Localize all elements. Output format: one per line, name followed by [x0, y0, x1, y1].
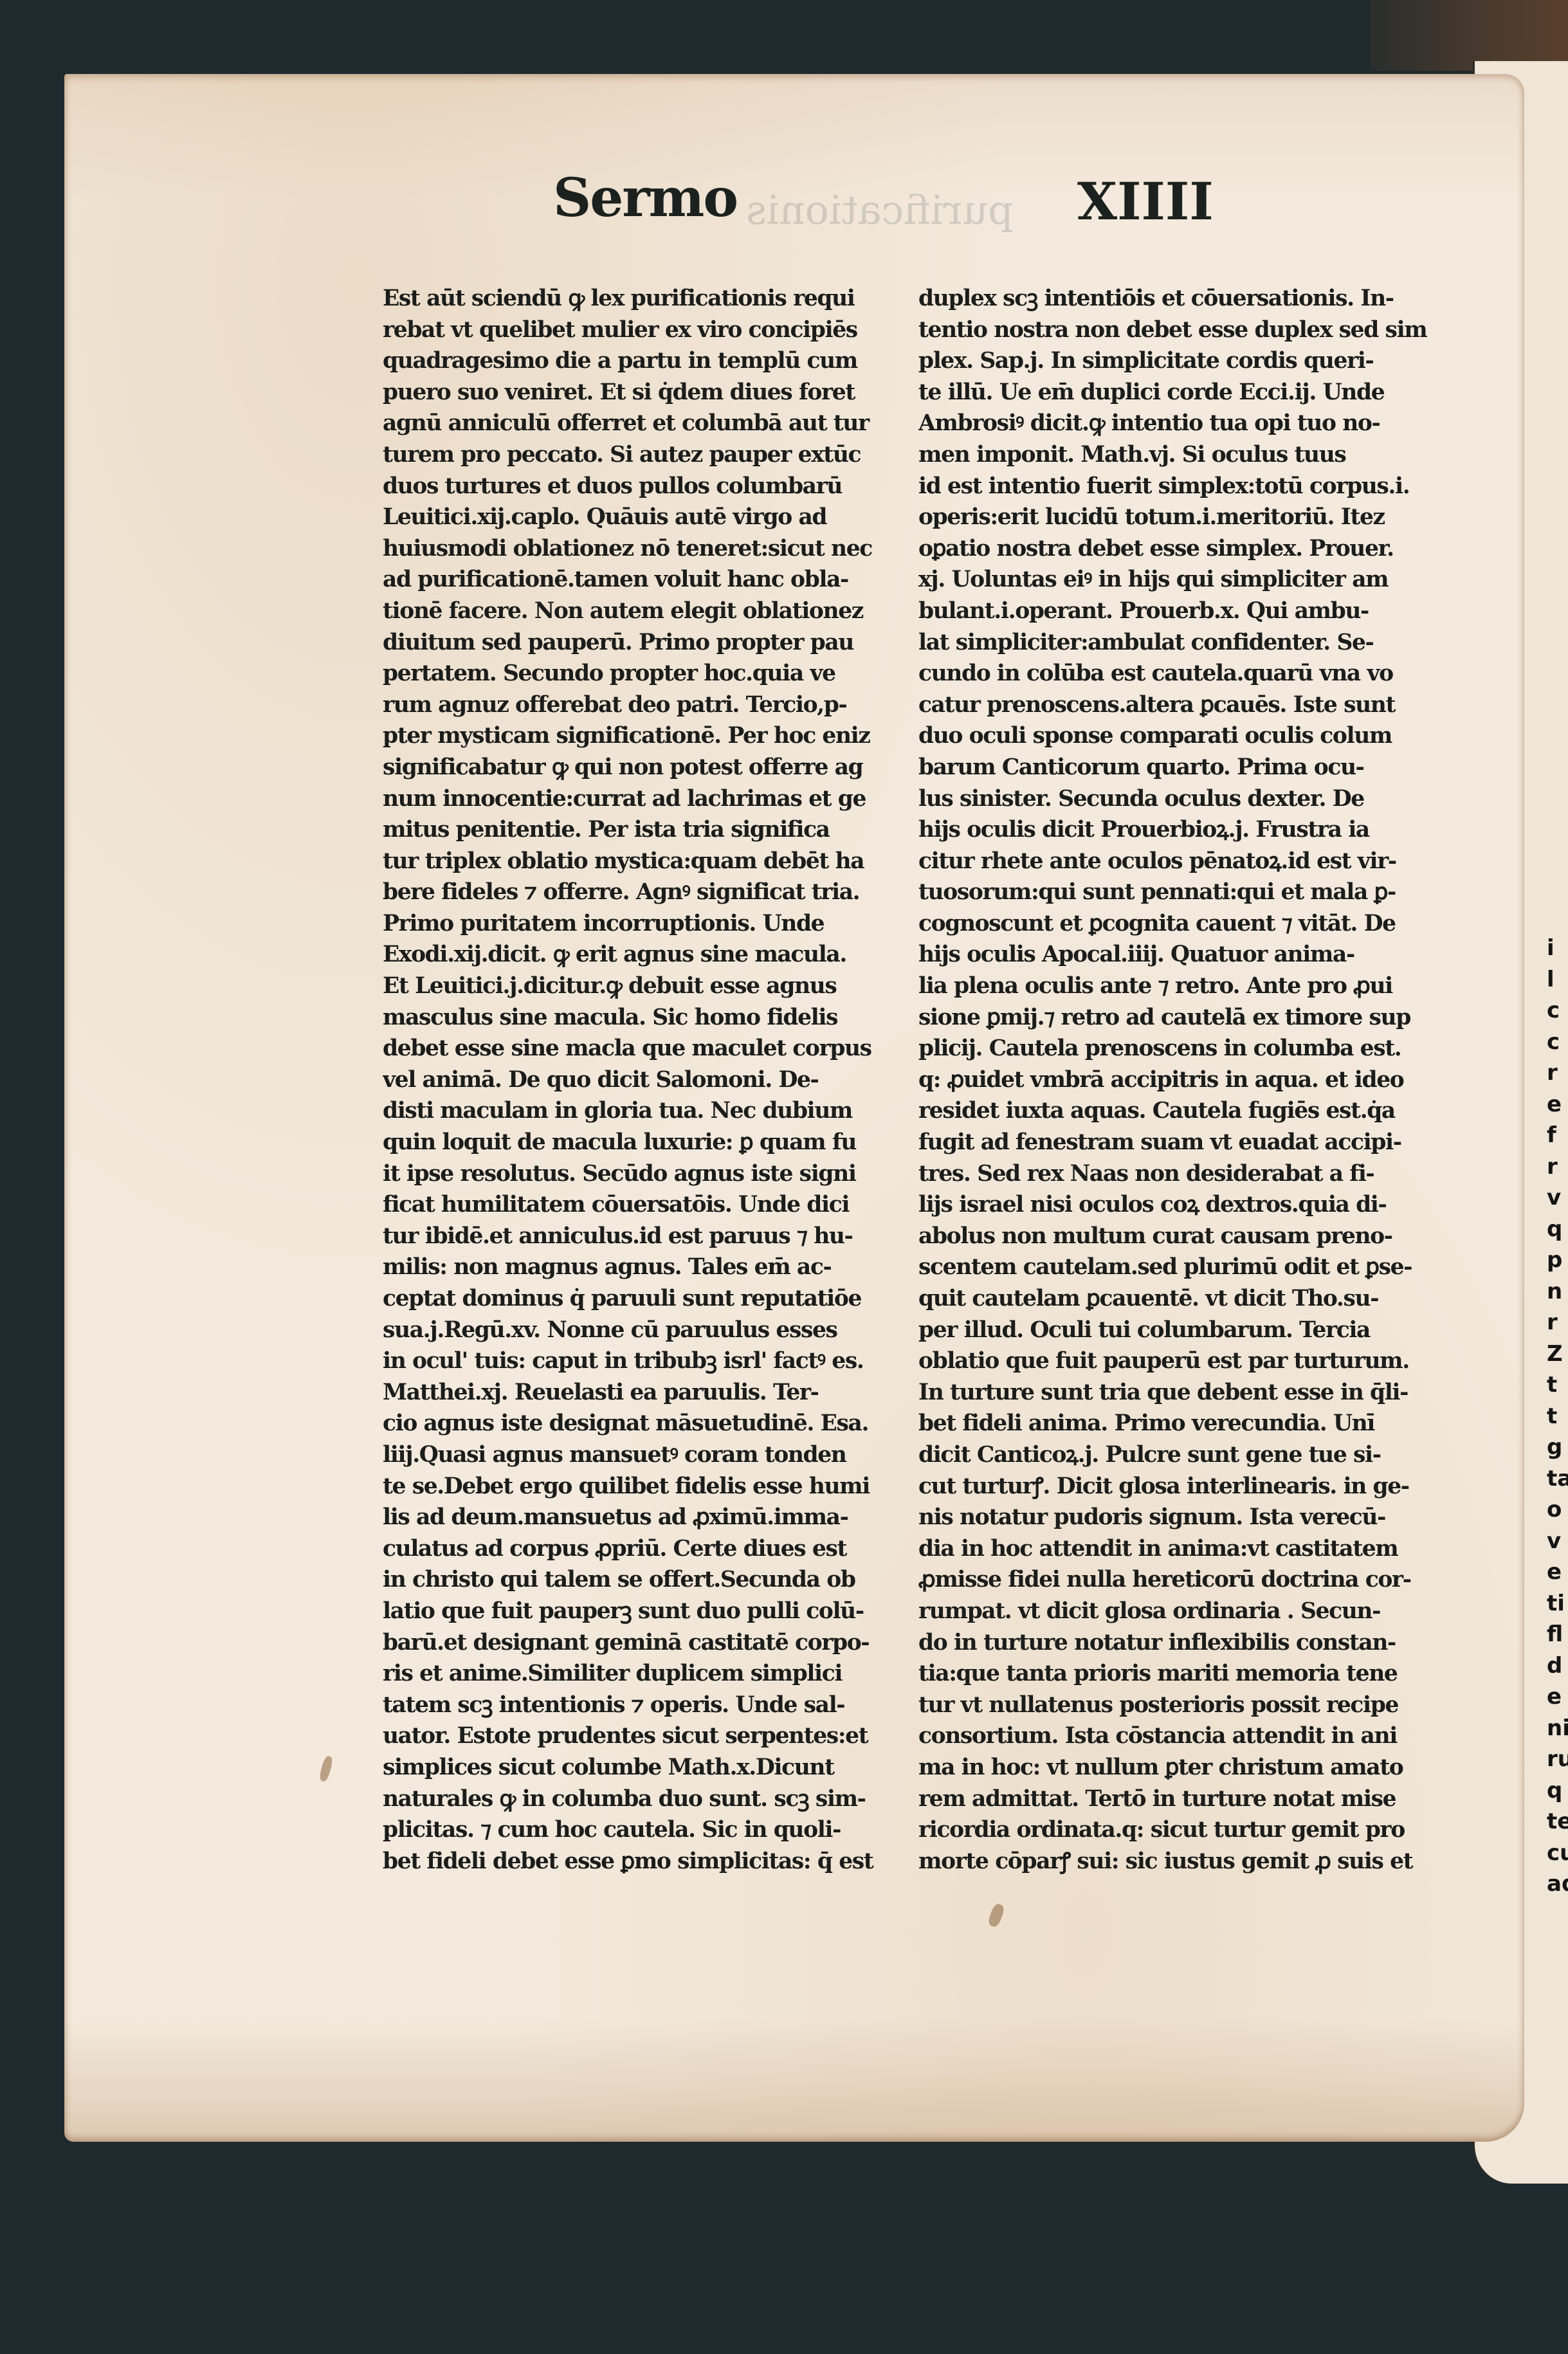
- folio-number: XIIII: [1077, 171, 1214, 232]
- text-line: in ocul' tuis: caput in tribubꝫ isrl' fa…: [383, 1346, 897, 1377]
- text-line: lat simpliciter:ambulat confidenter. Se-: [918, 627, 1433, 659]
- text-line: latio que fuit pauperꝫ sunt duo pulli co…: [383, 1596, 897, 1627]
- text-line: In turture sunt tria que debent esse in …: [918, 1377, 1433, 1409]
- text-line: tentio nostra non debet esse duplex sed …: [918, 315, 1433, 346]
- adjacent-letter: cu: [1547, 1838, 1568, 1869]
- text-line: debet esse sine macla que maculet corpus: [383, 1033, 897, 1064]
- text-line: duplex scꝫ intentiōis et cōuersationis. …: [918, 283, 1433, 315]
- text-line: te illū. Ue em̄ duplici corde Ecci.ij. U…: [918, 377, 1433, 408]
- text-line: Et Leuitici.j.dicitur.ꝙ debuit esse agnu…: [383, 971, 897, 1002]
- text-line: turem pro peccato. Si autez pauper extūc: [383, 439, 897, 471]
- text-line: nis notatur pudoris signum. Ista verecū-: [918, 1502, 1433, 1533]
- adjacent-letter: i: [1547, 933, 1568, 964]
- text-line: Primo puritatem incorruptionis. Unde: [383, 908, 897, 940]
- text-line: liij.Quasi agnus mansuetꝰ coram tonden: [383, 1439, 897, 1471]
- text-line: scentem cautelam.sed plurimū odit et ꝑse…: [918, 1252, 1433, 1283]
- text-line: rebat vt quelibet mulier ex viro concipi…: [383, 315, 897, 346]
- text-line: mitus penitentie. Per ista tria signific…: [383, 814, 897, 846]
- adjacent-letter: e: [1547, 1556, 1568, 1588]
- adjacent-letter: ni: [1547, 1713, 1568, 1744]
- adjacent-letter: q: [1547, 1214, 1568, 1245]
- adjacent-letter: v: [1547, 1526, 1568, 1557]
- text-line: sione ꝑmij.⁊ retro ad cautelā ex timore …: [918, 1002, 1433, 1034]
- text-line: lis ad deum.mansuetus ad ꝓximū.imma-: [383, 1502, 897, 1533]
- text-line: consortium. Ista cōstancia attendit in a…: [918, 1720, 1433, 1752]
- adjacent-letter: r: [1547, 1151, 1568, 1183]
- text-line: naturales ꝙ in columba duo sunt. scꝫ sim…: [383, 1784, 897, 1815]
- adjacent-letter: ad: [1547, 1868, 1568, 1900]
- text-line: ad purificationē.tamen voluit hanc obla-: [383, 564, 897, 596]
- adjacent-letter: fl: [1547, 1619, 1568, 1650]
- text-line: barum Canticorum quarto. Prima ocu-: [918, 752, 1433, 783]
- adjacent-letter: ru: [1547, 1744, 1568, 1775]
- adjacent-letter: te: [1547, 1806, 1568, 1838]
- adjacent-letter: ta: [1547, 1463, 1568, 1495]
- text-line: tia:que tanta prioris mariti memoria ten…: [918, 1658, 1433, 1690]
- text-line: cut turturꝭ. Dicit glosa interlinearis. …: [918, 1471, 1433, 1502]
- text-line: men imponit. Math.vj. Si oculus tuus: [918, 439, 1433, 471]
- text-line: ceptat dominus q̇ paruuli sunt reputatiō…: [383, 1283, 897, 1315]
- text-line: Leuitici.xij.caplo. Quāuis autē virgo ad: [383, 502, 897, 533]
- text-line: quin loquit de macula luxurie: ꝑ quam fu: [383, 1127, 897, 1158]
- text-line: pter mysticam significationē. Per hoc en…: [383, 720, 897, 752]
- text-column-left: Est aūt sciendū ꝙ lex purificationis req…: [383, 283, 897, 1877]
- text-line: tres. Sed rex Naas non desiderabat a fi-: [918, 1158, 1433, 1190]
- text-line: residet iuxta aquas. Cautela fugiēs est.…: [918, 1095, 1433, 1127]
- text-line: huiusmodi oblationez nō teneret:sicut ne…: [383, 533, 897, 565]
- text-line: ricordia ordinata.q: sicut turtur gemit …: [918, 1814, 1433, 1846]
- text-line: sua.j.Regū.xv. Nonne cū paruulus esses: [383, 1315, 897, 1346]
- adjacent-letter: l: [1547, 964, 1568, 996]
- text-line: Matthei.xj. Reuelasti ea paruulis. Ter-: [383, 1377, 897, 1409]
- adjacent-letter: c: [1547, 995, 1568, 1026]
- page-header: purificationis Sermo XIIII: [553, 167, 1261, 232]
- text-line: puero suo veniret. Et si q̇dem diues for…: [383, 377, 897, 408]
- text-line: uator. Estote prudentes sicut serpentes:…: [383, 1720, 897, 1752]
- text-line: rumpat. vt dicit glosa ordinaria . Secun…: [918, 1596, 1433, 1627]
- adjacent-letter: d: [1547, 1650, 1568, 1682]
- adjacent-letter: q: [1547, 1775, 1568, 1807]
- text-line: it ipse resolutus. Secūdo agnus iste sig…: [383, 1158, 897, 1190]
- text-line: hijs oculis dicit Prouerbioꝝ.j. Frustra …: [918, 814, 1433, 846]
- text-line: quadragesimo die a partu in templū cum: [383, 345, 897, 377]
- adjacent-letter: r: [1547, 1307, 1568, 1338]
- text-line: lus sinister. Secunda oculus dexter. De: [918, 783, 1433, 815]
- text-line: xj. Uoluntas eiꝰ in hijs qui simpliciter…: [918, 564, 1433, 596]
- text-line: barū.et designant geminā castitatē corpo…: [383, 1627, 897, 1659]
- text-line: catur prenoscens.altera ꝑcauēs. Iste sun…: [918, 689, 1433, 721]
- text-line: abolus non multum curat causam preno-: [918, 1221, 1433, 1252]
- text-line: q: ꝓuidet vmbrā accipitris in aqua. et i…: [918, 1064, 1433, 1096]
- text-line: simplices sicut columbe Math.x.Dicunt: [383, 1752, 897, 1784]
- text-line: bulant.i.operant. Prouerb.x. Qui ambu-: [918, 596, 1433, 627]
- text-line: pertatem. Secundo propter hoc.quia ve: [383, 658, 897, 689]
- adjacent-letter: e: [1547, 1681, 1568, 1713]
- text-line: Ambrosiꝰ dicit.ꝙ intentio tua opi tuo no…: [918, 408, 1433, 439]
- text-line: plicitas. ⁊ cum hoc cautela. Sic in quol…: [383, 1814, 897, 1846]
- text-line: oꝑatio nostra debet esse simplex. Prouer…: [918, 533, 1433, 565]
- text-line: in christo qui talem se offert.Secunda o…: [383, 1564, 897, 1596]
- text-line: te se.Debet ergo quilibet fidelis esse h…: [383, 1471, 897, 1502]
- text-line: masculus sine macula. Sic homo fidelis: [383, 1002, 897, 1034]
- text-line: cundo in colūba est cautela.quarū vna vo: [918, 658, 1433, 689]
- adjacent-letter: ti: [1547, 1588, 1568, 1620]
- text-line: bet fideli anima. Primo verecundia. Unī: [918, 1408, 1433, 1439]
- adjacent-letter: t: [1547, 1369, 1568, 1401]
- text-line: oblatio que fuit pauperū est par turturu…: [918, 1346, 1433, 1377]
- adjacent-letter: c: [1547, 1026, 1568, 1058]
- text-line: citur rhete ante oculos pēnatoꝝ.id est v…: [918, 846, 1433, 877]
- text-line: hijs oculis Apocal.iiij. Quatuor anima-: [918, 939, 1433, 971]
- text-line: ꝓmisse fidei nulla hereticorū doctrina c…: [918, 1564, 1433, 1596]
- text-line: per illud. Oculi tui columbarum. Tercia: [918, 1315, 1433, 1346]
- text-line: cognoscunt et ꝑcognita cauent ⁊ vitāt. D…: [918, 908, 1433, 940]
- running-title: Sermo: [553, 167, 737, 229]
- text-line: tur triplex oblatio mystica:quam debēt h…: [383, 846, 897, 877]
- adjacent-letter: v: [1547, 1182, 1568, 1214]
- text-line: tionē facere. Non autem elegit oblatione…: [383, 596, 897, 627]
- text-line: morte cōparꝭ sui: sic iustus gemit ꝓ sui…: [918, 1846, 1433, 1877]
- text-line: bere fideles ⁊ offerre. Agnꝰ significat …: [383, 877, 897, 908]
- adjacent-letter: f: [1547, 1120, 1568, 1151]
- text-line: id est intentio fuerit simplex:totū corp…: [918, 471, 1433, 502]
- text-line: tatem scꝫ intentionis ⁊ operis. Unde sal…: [383, 1690, 897, 1721]
- text-line: Est aūt sciendū ꝙ lex purificationis req…: [383, 283, 897, 315]
- adjacent-page-text: ilccrefrvqpnrZttgtaovetifldeniruqtecuad: [1547, 933, 1568, 1900]
- adjacent-letter: r: [1547, 1057, 1568, 1089]
- adjacent-letter: p: [1547, 1245, 1568, 1276]
- text-line: rum agnuz offerebat deo patri. Tercio,p-: [383, 689, 897, 721]
- adjacent-letter: o: [1547, 1494, 1568, 1526]
- text-line: ris et anime.Similiter duplicem simplici: [383, 1658, 897, 1690]
- book-binding-corner: [1370, 0, 1568, 71]
- adjacent-letter: t: [1547, 1401, 1568, 1432]
- text-line: milis: non magnus agnus. Tales em̄ ac-: [383, 1252, 897, 1283]
- text-line: ficat humilitatem cōuersatōis. Unde dici: [383, 1189, 897, 1221]
- text-line: duo oculi sponse comparati oculis colum: [918, 720, 1433, 752]
- text-line: diuitum sed pauperū. Primo propter pau: [383, 627, 897, 659]
- text-line: lia plena oculis ante ⁊ retro. Ante pro …: [918, 971, 1433, 1002]
- text-line: cio agnus iste designat māsuetudinē. Esa…: [383, 1408, 897, 1439]
- adjacent-letter: Z: [1547, 1338, 1568, 1370]
- text-line: vel animā. De quo dicit Salomoni. De-: [383, 1064, 897, 1096]
- text-line: duos turtures et duos pullos columbarū: [383, 471, 897, 502]
- text-line: dicit Canticoꝝ.j. Pulcre sunt gene tue s…: [918, 1439, 1433, 1471]
- text-line: plex. Sap.j. In simplicitate cordis quer…: [918, 345, 1433, 377]
- text-line: plicij. Cautela prenoscens in columba es…: [918, 1033, 1433, 1064]
- text-line: ma in hoc: vt nullum ꝑter christum amato: [918, 1752, 1433, 1784]
- text-line: quit cautelam ꝑcauentē. vt dicit Tho.su-: [918, 1283, 1433, 1315]
- text-line: disti maculam in gloria tua. Nec dubium: [383, 1095, 897, 1127]
- adjacent-letter: n: [1547, 1276, 1568, 1308]
- text-line: tur vt nullatenus posterioris possit rec…: [918, 1690, 1433, 1721]
- text-line: Exodi.xij.dicit. ꝙ erit agnus sine macul…: [383, 939, 897, 971]
- text-line: num innocentie:currat ad lachrimas et ge: [383, 783, 897, 815]
- text-line: do in turture notatur inflexibilis const…: [918, 1627, 1433, 1659]
- text-line: culatus ad corpus ꝓpriū. Certe diues est: [383, 1533, 897, 1565]
- text-line: tuosorum:qui sunt pennati:qui et mala ꝑ-: [918, 877, 1433, 908]
- text-line: significabatur ꝙ qui non potest offerre …: [383, 752, 897, 783]
- text-line: dia in hoc attendit in anima:vt castitat…: [918, 1533, 1433, 1565]
- text-line: agnū anniculū offerret et columbā aut tu…: [383, 408, 897, 439]
- text-line: rem admittat. Tertō in turture notat mis…: [918, 1784, 1433, 1815]
- text-column-right: duplex scꝫ intentiōis et cōuersationis. …: [918, 283, 1433, 1877]
- adjacent-letter: e: [1547, 1089, 1568, 1120]
- bleed-through-text: purificationis: [746, 187, 1014, 233]
- text-line: tur ibidē.et anniculus.id est paruus ⁊ h…: [383, 1221, 897, 1252]
- text-line: lijs israel nisi oculos coꝝ dextros.quia…: [918, 1189, 1433, 1221]
- adjacent-letter: g: [1547, 1432, 1568, 1463]
- text-line: bet fideli debet esse ꝑmo simplicitas: q…: [383, 1846, 897, 1877]
- text-line: operis:erit lucidū totum.i.meritoriū. It…: [918, 502, 1433, 533]
- text-line: fugit ad fenestram suam vt euadat accipi…: [918, 1127, 1433, 1158]
